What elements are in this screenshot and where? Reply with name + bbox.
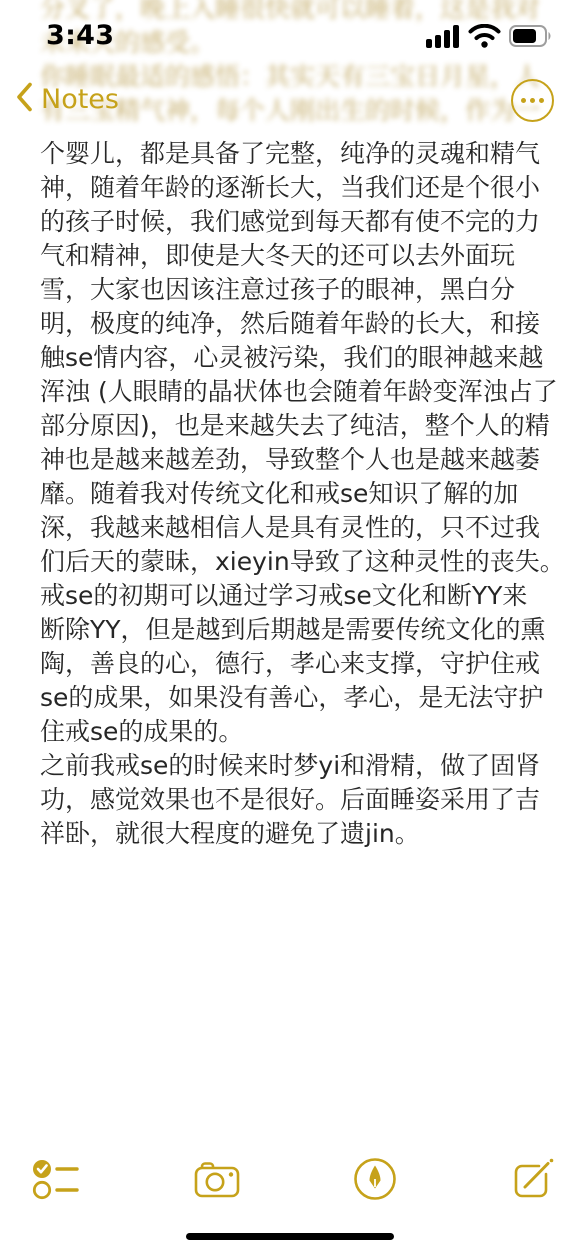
note-line: 住戒se的成果的。: [40, 715, 555, 749]
bottom-toolbar: [0, 1148, 580, 1210]
home-indicator[interactable]: [186, 1233, 394, 1240]
status-time: 3:43: [46, 20, 114, 51]
note-line: 陶，善良的心，德行，孝心来支撑，守护住戒: [40, 647, 555, 681]
note-line: 的孩子时候，我们感觉到每天都有使不完的力: [40, 205, 555, 239]
note-line: 之前我戒se的时候来时梦yi和滑精，做了固肾: [40, 749, 555, 783]
camera-button[interactable]: [194, 1160, 240, 1198]
note-line: 靡。随着我对传统文化和戒se知识了解的加: [40, 477, 555, 511]
wifi-icon: [468, 24, 501, 52]
compose-button[interactable]: [511, 1157, 557, 1201]
ellipsis-icon: [521, 98, 526, 103]
note-line: 深，我越来越相信人是具有灵性的，只不过我: [40, 511, 555, 545]
checklist-icon: [32, 1188, 80, 1203]
compose-icon: [511, 1189, 557, 1204]
back-button-label: Notes: [41, 84, 119, 115]
note-line: 神也是越来越差劲，导致整个人也是越来越萎: [40, 443, 555, 477]
note-line: 个婴儿，都是具备了完整，纯净的灵魂和精气: [40, 137, 555, 171]
note-line: 神，随着年龄的逐渐长大，当我们还是个很小: [40, 171, 555, 205]
note-line: 触se情内容，心灵被污染，我们的眼神越来越: [40, 341, 555, 375]
note-line: 们后天的蒙昧，xieyin导致了这种灵性的丧失。: [40, 545, 555, 579]
note-line: 明，极度的纯净，然后随着年龄的长大，和接: [40, 307, 555, 341]
note-body[interactable]: 个婴儿，都是具备了完整，纯净的灵魂和精气神，随着年龄的逐渐长大，当我们还是个很小…: [40, 137, 555, 851]
note-line: 部分原因)，也是来越失去了纯洁，整个人的精: [40, 409, 555, 443]
battery-icon: [509, 25, 552, 51]
cellular-signal-icon: [426, 25, 460, 52]
note-line: 断除YY，但是越到后期越是需要传统文化的熏: [40, 613, 555, 647]
note-line: 气和精神，即使是大冬天的还可以去外面玩: [40, 239, 555, 273]
camera-icon: [194, 1186, 240, 1201]
note-line: 戒se的初期可以通过学习戒se文化和断YY来: [40, 579, 555, 613]
status-icons: [426, 24, 552, 52]
more-options-button[interactable]: [511, 79, 554, 122]
nav-bar: Notes: [0, 76, 580, 128]
markup-button[interactable]: [353, 1157, 397, 1201]
note-line: 雪，大家也因该注意过孩子的眼神，黑白分: [40, 273, 555, 307]
note-line: 祥卧，就很大程度的避免了遗jin。: [40, 817, 555, 851]
status-bar: 3:43: [0, 0, 580, 58]
notes-app-screen: 分叉了，晚上入睡很快就可以睡着，这是我对未来天的感受。你睡眠最适的感悟：其实天有…: [0, 0, 580, 1255]
back-to-notes-button[interactable]: Notes: [16, 82, 119, 116]
markup-pen-icon: [353, 1189, 397, 1204]
note-line: 功，感觉效果也不是很好。后面睡姿采用了吉: [40, 783, 555, 817]
note-line: 浑浊 (人眼睛的晶状体也会随着年龄变浑浊占了: [40, 375, 555, 409]
note-line: se的成果，如果没有善心，孝心，是无法守护: [40, 681, 555, 715]
chevron-left-icon: [16, 82, 32, 116]
checklist-button[interactable]: [32, 1158, 80, 1200]
